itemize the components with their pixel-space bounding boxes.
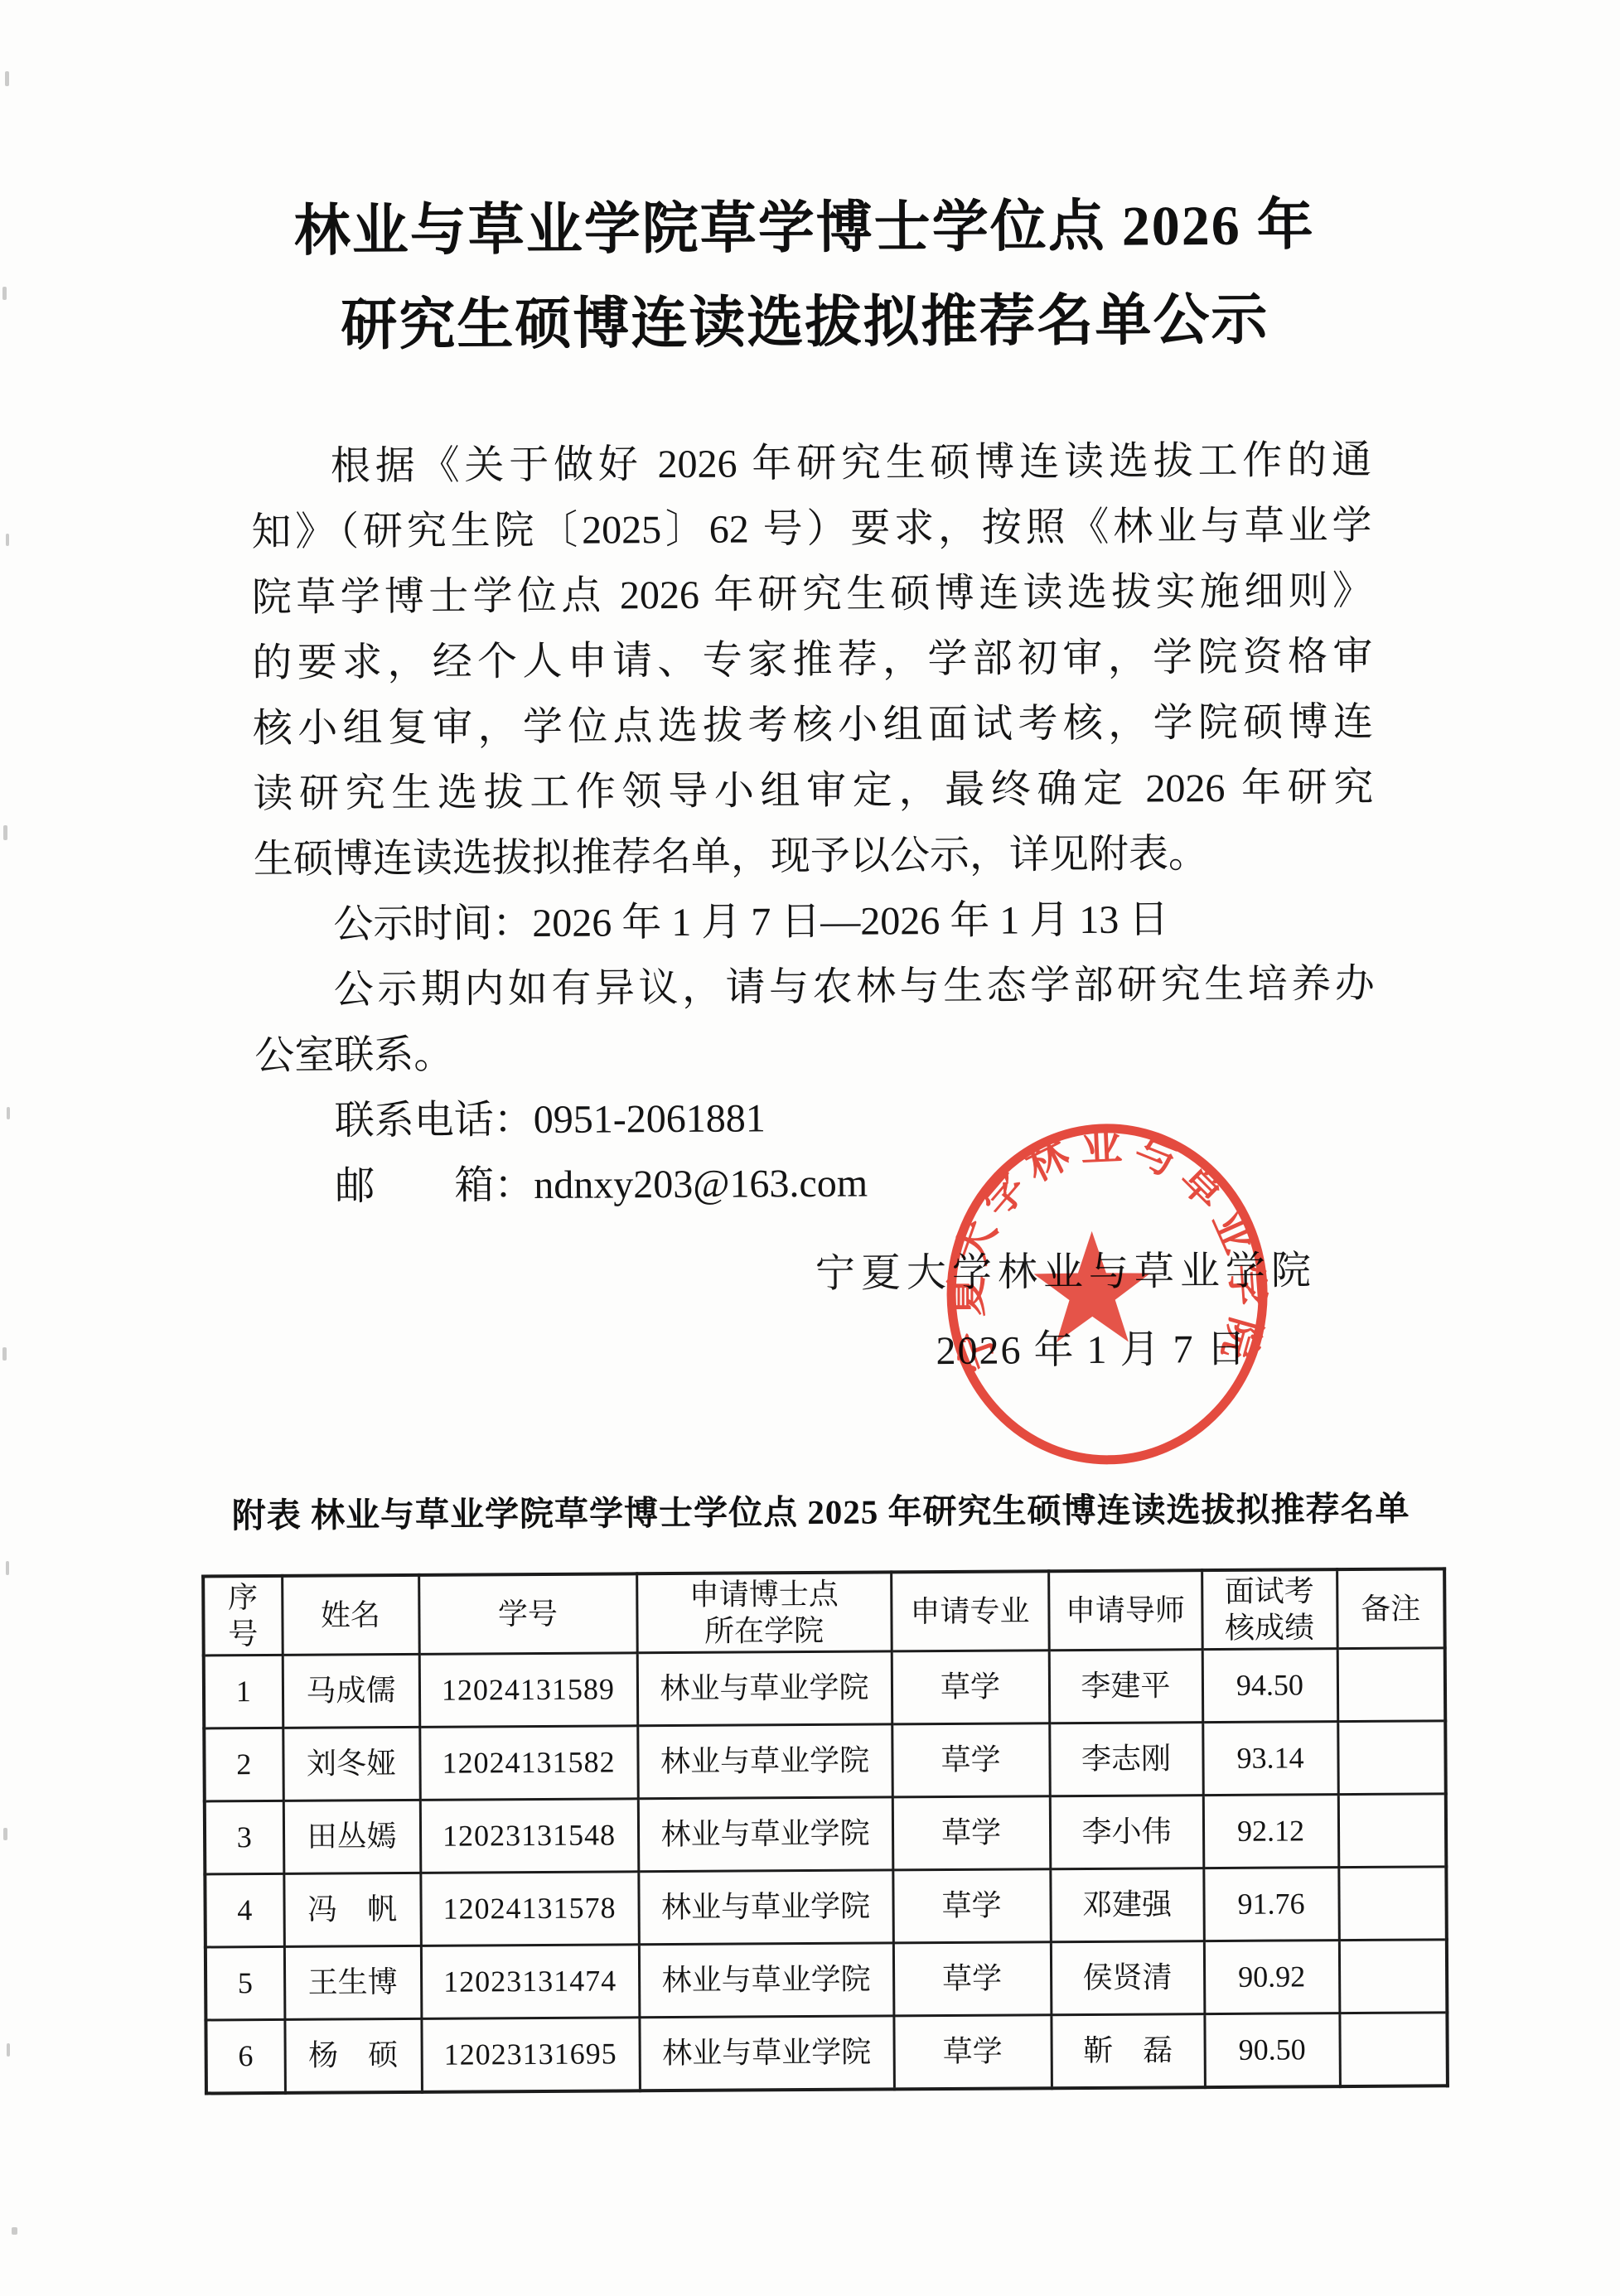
body-paragraphs: 根据《关于做好 2026 年研究生硕博连读选拔工作的通 知》（研究生院〔2025… <box>251 428 1376 1220</box>
body-line: 公示期内如有异议，请与农林与生态学部研究生培养办 <box>254 951 1375 1023</box>
seal-text: 宁夏大学林业与草业学院 <box>943 1121 1272 1377</box>
cell-index: 4 <box>205 1873 284 1947</box>
column-header-major: 申请专业 <box>891 1571 1049 1651</box>
cell-index: 5 <box>206 1946 285 2020</box>
cell-score: 94.50 <box>1202 1649 1338 1723</box>
cell-index: 6 <box>206 2019 285 2093</box>
body-line: 核小组复审，学位点选拔考核小组面试考核，学院硕博连 <box>253 689 1373 761</box>
cell-student-id: 12024131582 <box>419 1726 638 1801</box>
cell-student-id: 12023131548 <box>420 1799 639 1873</box>
cell-supervisor: 靳 磊 <box>1051 2014 1205 2089</box>
body-line: 知》（研究生院〔2025〕62 号）要求，按照《林业与草业学 <box>251 493 1371 565</box>
cell-score: 92.12 <box>1203 1795 1339 1868</box>
attachment-caption: 附表 林业与草业学院草学博士学位点 2025 年研究生硕博连读选拔拟推荐名单 <box>199 1481 1442 1537</box>
cell-name: 王生博 <box>284 1946 422 2019</box>
scan-artifact <box>5 71 9 86</box>
cell-score: 90.50 <box>1204 2013 1340 2087</box>
scan-artifact <box>6 1561 9 1575</box>
table-row: 4 冯 帆 12024131578 林业与草业学院 草学 邓建强 91.76 <box>205 1867 1447 1947</box>
document-page: 林业与草业学院草学博士学位点 2026 年 研究生硕博连读选拔拟推荐名单公示 根… <box>0 0 1620 2296</box>
table-row: 1 马成儒 12024131589 林业与草业学院 草学 李建平 94.50 <box>204 1648 1446 1728</box>
cell-major: 草学 <box>892 1869 1051 1943</box>
cell-supervisor: 邓建强 <box>1050 1868 1204 1942</box>
body-line: 院草学博士学位点 2026 年研究生硕博连读选拔实施细则》 <box>252 558 1372 631</box>
cell-remark <box>1337 1648 1446 1722</box>
cell-major: 草学 <box>893 2015 1052 2090</box>
cell-student-id: 12024131578 <box>420 1872 639 1946</box>
body-line: 公室联系。 <box>254 1017 1375 1089</box>
table-row: 3 田丛嫣 12023131548 林业与草业学院 草学 李小伟 92.12 <box>205 1794 1447 1874</box>
scan-artifact <box>7 2043 10 2057</box>
cell-index: 1 <box>204 1655 283 1728</box>
cell-supervisor: 侯贤清 <box>1051 1941 1205 2015</box>
table-row: 5 王生博 12023131474 林业与草业学院 草学 侯贤清 90.92 <box>206 1940 1448 2020</box>
cell-college: 林业与草业学院 <box>639 1943 894 2018</box>
scan-artifact <box>12 2227 17 2235</box>
scan-artifact <box>3 825 7 840</box>
cell-college: 林业与草业学院 <box>639 2016 894 2091</box>
cell-name: 刘冬娅 <box>283 1727 420 1801</box>
column-header-index: 序 号 <box>203 1576 283 1656</box>
body-line: 的要求，经个人申请、专家推荐，学部初审，学院资格审 <box>252 624 1372 696</box>
cell-college: 林业与草业学院 <box>637 1724 892 1799</box>
scan-artifact <box>2 1347 7 1361</box>
page-title-line1: 林业与草业学院草学博士学位点 2026 年 <box>0 194 1614 263</box>
cell-name: 田丛嫣 <box>283 1800 421 1873</box>
star-icon <box>1033 1230 1151 1342</box>
column-header-remark: 备注 <box>1337 1569 1445 1648</box>
cell-major: 草学 <box>892 1796 1051 1870</box>
cell-supervisor: 李建平 <box>1049 1650 1203 1723</box>
body-line: 根据《关于做好 2026 年研究生硕博连读选拔工作的通 <box>251 428 1371 500</box>
column-header-name: 姓名 <box>282 1575 419 1656</box>
cell-major: 草学 <box>893 1942 1052 2016</box>
cell-remark <box>1339 1940 1448 2013</box>
table-header-row: 序 号 姓名 学号 申请博士点 所在学院 申请专业 申请导师 面试考 核成绩 备… <box>203 1569 1445 1656</box>
cell-remark <box>1338 1867 1447 1941</box>
cell-remark <box>1337 1721 1446 1795</box>
cell-remark <box>1338 1794 1447 1868</box>
page-title-line2: 研究生硕博连读选拔拟推荐名单公示 <box>0 288 1615 357</box>
column-header-score: 面试考 核成绩 <box>1202 1569 1337 1649</box>
scanned-content: 林业与草业学院草学博士学位点 2026 年 研究生硕博连读选拔拟推荐名单公示 根… <box>0 0 1620 2296</box>
scan-artifact <box>6 534 9 546</box>
official-seal: 宁夏大学林业与草业学院 <box>939 1118 1276 1471</box>
cell-student-id: 12024131589 <box>419 1653 638 1728</box>
cell-student-id: 12023131695 <box>421 2018 640 2092</box>
cell-score: 93.14 <box>1202 1722 1338 1796</box>
table-row: 2 刘冬娅 12024131582 林业与草业学院 草学 李志刚 93.14 <box>204 1721 1446 1801</box>
scan-artifact <box>3 1828 7 1840</box>
cell-name: 马成儒 <box>283 1654 420 1728</box>
publicity-period-line: 公示时间：2026 年 1 月 7 日—2026 年 1 月 13 日 <box>254 886 1374 958</box>
cell-supervisor: 李志刚 <box>1049 1723 1203 1796</box>
cell-supervisor: 李小伟 <box>1050 1796 1204 1869</box>
cell-student-id: 12023131474 <box>421 1945 640 2019</box>
cell-score: 91.76 <box>1203 1868 1339 1941</box>
cell-index: 3 <box>205 1801 284 1874</box>
cell-score: 90.92 <box>1204 1941 1340 2014</box>
cell-college: 林业与草业学院 <box>638 1797 893 1872</box>
table-row: 6 杨 硕 12023131695 林业与草业学院 草学 靳 磊 90.50 <box>206 2013 1448 2094</box>
cell-name: 杨 硕 <box>284 2018 422 2093</box>
table-body: 1 马成儒 12024131589 林业与草业学院 草学 李建平 94.50 2… <box>204 1648 1448 2094</box>
recommendation-table-wrapper: 序 号 姓名 学号 申请博士点 所在学院 申请专业 申请导师 面试考 核成绩 备… <box>201 1567 1449 2095</box>
column-header-student-id: 学号 <box>418 1573 637 1654</box>
cell-major: 草学 <box>892 1723 1050 1797</box>
column-header-college: 申请博士点 所在学院 <box>636 1572 892 1652</box>
scan-artifact <box>2 287 7 300</box>
cell-remark <box>1339 2013 1448 2086</box>
cell-college: 林业与草业学院 <box>637 1651 892 1726</box>
cell-name: 冯 帆 <box>283 1873 421 1946</box>
scan-artifact <box>7 1107 10 1119</box>
column-header-supervisor: 申请导师 <box>1048 1570 1202 1651</box>
body-line: 读研究生选拔工作领导小组审定，最终确定 2026 年研究 <box>253 755 1373 827</box>
recommendation-table: 序 号 姓名 学号 申请博士点 所在学院 申请专业 申请导师 面试考 核成绩 备… <box>201 1567 1449 2095</box>
cell-major: 草学 <box>892 1651 1050 1724</box>
body-line: 生硕博连读选拔拟推荐名单，现予以公示，详见附表。 <box>254 820 1374 892</box>
cell-index: 2 <box>204 1728 283 1801</box>
cell-college: 林业与草业学院 <box>638 1870 893 1945</box>
